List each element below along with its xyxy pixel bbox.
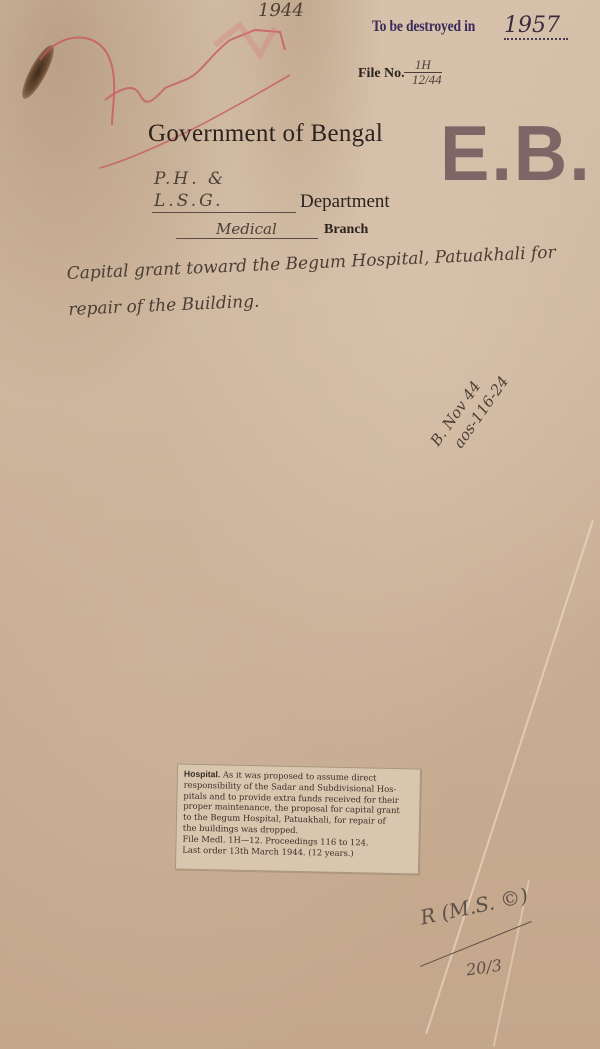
government-title: Government of Bengal [148, 120, 383, 148]
department-row: P.H. & L.S.G. Department [152, 168, 390, 213]
department-label: Department [300, 191, 390, 213]
slip-heading: Hospital. [184, 769, 220, 780]
destroy-year: 1957 [504, 14, 568, 40]
pasted-summary-slip: Hospital. As it was proposed to assume d… [175, 763, 421, 874]
branch-handwritten: Medical [176, 220, 318, 239]
destroy-stamp-label: To be destroyed in [372, 18, 475, 36]
department-handwritten: P.H. & L.S.G. [152, 168, 296, 213]
file-no-label: File No. [358, 66, 405, 82]
file-no-denominator: 12/44 [404, 73, 442, 87]
branch-label: Branch [324, 221, 368, 239]
file-no-value: 1H 12/44 [404, 58, 442, 87]
branch-row: Medical Branch [176, 220, 368, 239]
file-no-numerator: 1H [404, 58, 442, 73]
eb-stamp: E.B. [440, 108, 592, 198]
year-annotation: 1944 [258, 0, 304, 21]
